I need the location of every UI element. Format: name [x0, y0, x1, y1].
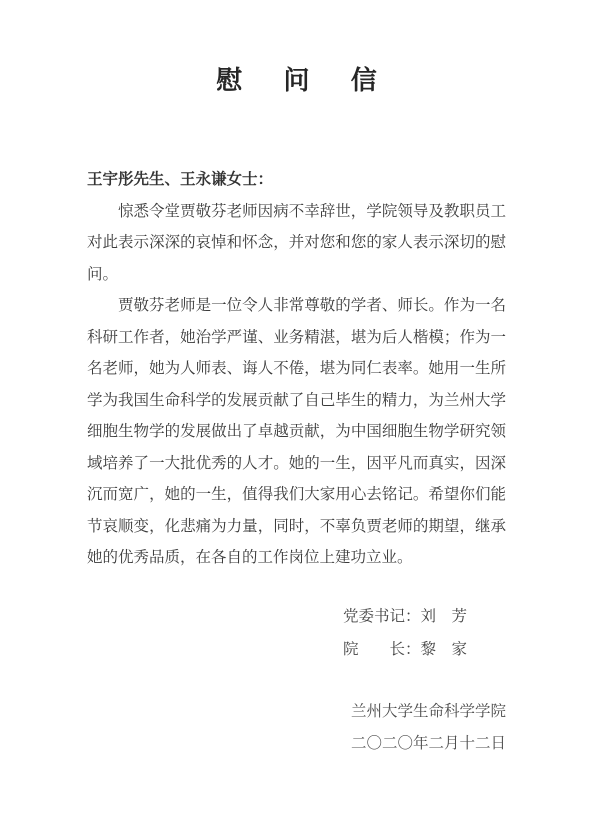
- paragraph: 惊悉令堂贾敬芬老师因病不幸辞世，学院领导及教职员工对此表示深深的哀悼和怀念，并对…: [87, 196, 506, 291]
- signature-role: 院长: [343, 633, 405, 666]
- salutation: 王宇彤先生、王永谦女士：: [87, 164, 506, 196]
- signature-colon: ：: [405, 608, 421, 625]
- signature-row: 党委书记：刘 芳: [343, 600, 467, 633]
- signature-name: 黎 家: [421, 641, 468, 658]
- letter-title: 慰 问 信: [0, 61, 593, 99]
- letter-body: 王宇彤先生、王永谦女士： 惊悉令堂贾敬芬老师因病不幸辞世，学院领导及教职员工对此…: [87, 164, 506, 574]
- signature-role: 党委书记: [343, 600, 405, 633]
- signature-block: 党委书记：刘 芳 院长：黎 家: [343, 600, 467, 666]
- letter-page: 慰 问 信 王宇彤先生、王永谦女士： 惊悉令堂贾敬芬老师因病不幸辞世，学院领导及…: [0, 0, 593, 837]
- signature-colon: ：: [405, 641, 421, 658]
- letter-footer: 兰州大学生命科学学院 二〇二〇年二月十二日: [351, 696, 506, 760]
- paragraph: 贾敬芬老师是一位令人非常尊敬的学者、师长。作为一名科研工作者，她治学严谨、业务精…: [87, 290, 506, 574]
- organization-name: 兰州大学生命科学学院: [351, 696, 506, 728]
- signature-name: 刘 芳: [421, 608, 468, 625]
- letter-date: 二〇二〇年二月十二日: [351, 728, 506, 760]
- signature-row: 院长：黎 家: [343, 633, 467, 666]
